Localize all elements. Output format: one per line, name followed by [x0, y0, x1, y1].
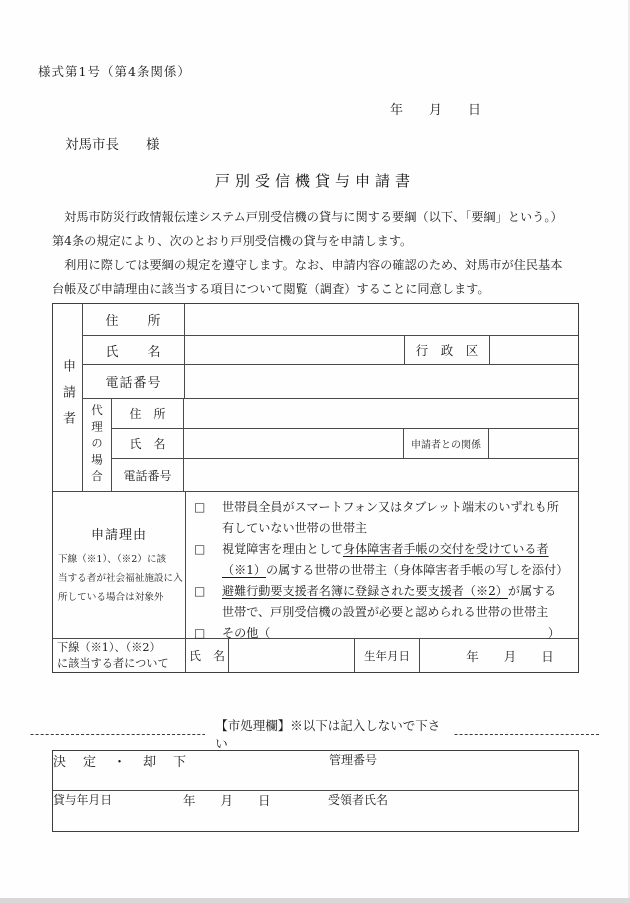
- control-number-input-cell: [424, 751, 578, 790]
- birthdate-label: 生年月日: [355, 639, 420, 672]
- relation-label: 申請者との関係: [404, 429, 489, 458]
- decision-label: 決 定 ・ 却 下: [53, 751, 329, 790]
- target-name-label: 氏 名: [186, 639, 229, 672]
- date-line: 年 月 日: [52, 99, 579, 118]
- option-underlined-text: 避難行動要支援者名簿に登録された要支援者（※2）: [222, 584, 508, 598]
- checkbox-icon[interactable]: □: [194, 539, 222, 581]
- applicant-group-cell: 申請者: [53, 304, 83, 491]
- target-row-label: 下線（※1）、（※2） に該当する者について: [53, 639, 186, 672]
- target-person-section: 下線（※1）、（※2） に該当する者について 氏 名 生年月日 年 月 日: [53, 639, 578, 672]
- page-title: 戸別受信機貸与申請書: [0, 170, 630, 191]
- divider-dashes-left: ------------------------------------: [30, 727, 205, 741]
- paragraph-1: 対馬市防災行政情報伝達システム戸別受信機の貸与に関する要綱（以下、「要綱」という…: [52, 205, 592, 253]
- proxy-phone-input-cell: [184, 459, 578, 491]
- reason-options: □ 世帯員全員がスマートフォン又はタブレット端末のいずれも所 有していない世帯の…: [186, 492, 578, 638]
- recipient-name-input-cell: [423, 791, 578, 831]
- loan-date-label: 貸与年月日: [53, 791, 141, 831]
- district-label: 行 政 区: [405, 336, 490, 364]
- reason-option-1: □ 世帯員全員がスマートフォン又はタブレット端末のいずれも所 有していない世帯の…: [194, 497, 570, 539]
- proxy-address-input-cell: [184, 399, 578, 428]
- addressee: 対馬市長 様: [65, 133, 160, 153]
- phone-label: 電話番号: [83, 365, 185, 398]
- form-number: 様式第1号（第4条関係）: [38, 62, 191, 80]
- address-input-cell: [185, 304, 578, 335]
- checkbox-icon[interactable]: □: [194, 497, 222, 539]
- option-text: 世帯員全員がスマートフォン又はタブレット端末のいずれも所 有していない世帯の世帯…: [222, 500, 559, 535]
- page-edge-bottom: [0, 898, 630, 903]
- reason-section: 申請理由 下線（※1）、（※2）に該 当する者が社会福祉施設に入 所している場合…: [53, 492, 578, 639]
- district-input-cell: [490, 336, 578, 364]
- applicant-section: 申請者 住 所 氏 名 行 政 区 電話番号: [53, 304, 578, 492]
- reason-label-cell: 申請理由 下線（※1）、（※2）に該 当する者が社会福祉施設に入 所している場合…: [53, 492, 186, 638]
- target-name-input-cell: [229, 639, 355, 672]
- office-table: 決 定 ・ 却 下 管理番号 貸与年月日 年 月 日 受領者氏名: [52, 750, 579, 832]
- reason-note: 下線（※1）、（※2）に該 当する者が社会福祉施設に入 所している場合は対象外: [56, 550, 183, 607]
- document-page: 様式第1号（第4条関係） 年 月 日 対馬市長 様 戸別受信機貸与申請書 対馬市…: [0, 0, 630, 903]
- applicant-group-label: 申請者: [58, 359, 77, 437]
- proxy-group-label: 代理の場合: [89, 404, 105, 487]
- intro-paragraphs: 対馬市防災行政情報伝達システム戸別受信機の貸与に関する要綱（以下、「要綱」という…: [52, 205, 592, 301]
- proxy-name-input-cell: [184, 429, 404, 458]
- applicant-table: 申請者 住 所 氏 名 行 政 区 電話番号: [52, 303, 579, 673]
- address-label: 住 所: [83, 304, 185, 335]
- divider-dashes-right: ------------------------------: [454, 727, 600, 741]
- checkbox-icon[interactable]: □: [194, 581, 222, 623]
- reason-label: 申請理由: [91, 524, 147, 543]
- proxy-phone-label: 電話番号: [112, 459, 184, 491]
- name-input-cell: [185, 336, 405, 364]
- office-divider: ------------------------------------ 【市処…: [30, 716, 600, 752]
- divider-label: 【市処理欄】※以下は記入しないで下さい: [215, 716, 444, 752]
- reason-option-3: □ 避難行動要支援者名簿に登録された要支援者（※2）が属する 世帯で、戸別受信機…: [194, 581, 570, 623]
- proxy-address-label: 住 所: [112, 399, 184, 428]
- name-label: 氏 名: [83, 336, 185, 364]
- recipient-name-label: 受領者氏名: [328, 791, 423, 831]
- paragraph-2: 利用に際しては要綱の規定を遵守します。なお、申請内容の確認のため、対馬市が住民基…: [52, 253, 592, 301]
- phone-input-cell: [185, 365, 578, 398]
- option-text: 視覚障害を理由として: [222, 542, 343, 556]
- birthdate-value: 年 月 日: [420, 639, 578, 672]
- reason-option-2: □ 視覚障害を理由として身体障害者手帳の交付を受けている者 （※1）の属する世帯…: [194, 539, 570, 581]
- proxy-name-label: 氏 名: [112, 429, 184, 458]
- proxy-group-cell: 代理の場合: [83, 399, 112, 491]
- control-number-label: 管理番号: [329, 751, 424, 790]
- relation-input-cell: [489, 429, 578, 458]
- loan-date-value: 年 月 日: [141, 791, 328, 831]
